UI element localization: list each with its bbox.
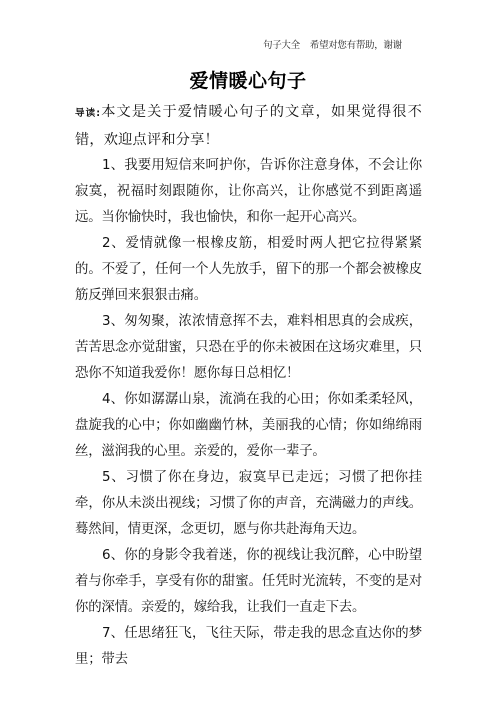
intro-paragraph: 导读:本文是关于爱情暖心句子的文章，如果觉得很不错，欢迎点评和分享！ [75, 99, 422, 153]
document-body: 导读:本文是关于爱情暖心句子的文章，如果觉得很不错，欢迎点评和分享！ 1、我要用… [75, 99, 422, 673]
paragraph-4: 4、你如潺潺山泉，流淌在我的心田；你如柔柔轻风，盘旋我的心中；你如幽幽竹林，美丽… [75, 387, 422, 465]
intro-label: 导读: [75, 108, 100, 119]
header-site-name: 句子大全 [263, 40, 300, 51]
paragraph-7: 7、任思绪狂飞，飞往天际，带走我的思念直达你的梦里；带去 [75, 621, 422, 673]
header-slogan: 希望对您有帮助，谢谢 [310, 40, 402, 51]
paragraph-3: 3、匆匆聚，浓浓情意挥不去，难料相思真的会成疾，苦苦思念亦觉甜蜜，只恐在乎的你未… [75, 309, 422, 387]
paragraph-5: 5、习惯了你在身边，寂寞早已走远；习惯了把你挂牵，你从未淡出视线；习惯了你的声音… [75, 465, 422, 543]
paragraph-2: 2、爱情就像一根橡皮筋，相爱时两人把它拉得紧紧的。不爱了，任何一个人先放手，留下… [75, 231, 422, 309]
paragraph-1: 1、我要用短信来呵护你，告诉你注意身体，不会让你寂寞，祝福时刻跟随你，让你高兴，… [75, 153, 422, 231]
paragraph-6: 6、你的身影令我着迷，你的视线让我沉醉，心中盼望着与你牵手，享受有你的甜蜜。任凭… [75, 543, 422, 621]
intro-text: 本文是关于爱情暖心句子的文章，如果觉得很不错，欢迎点评和分享！ [75, 104, 422, 148]
document-title: 爱情暖心句子 [0, 66, 496, 93]
page-header: 句子大全希望对您有帮助，谢谢 [263, 37, 402, 51]
